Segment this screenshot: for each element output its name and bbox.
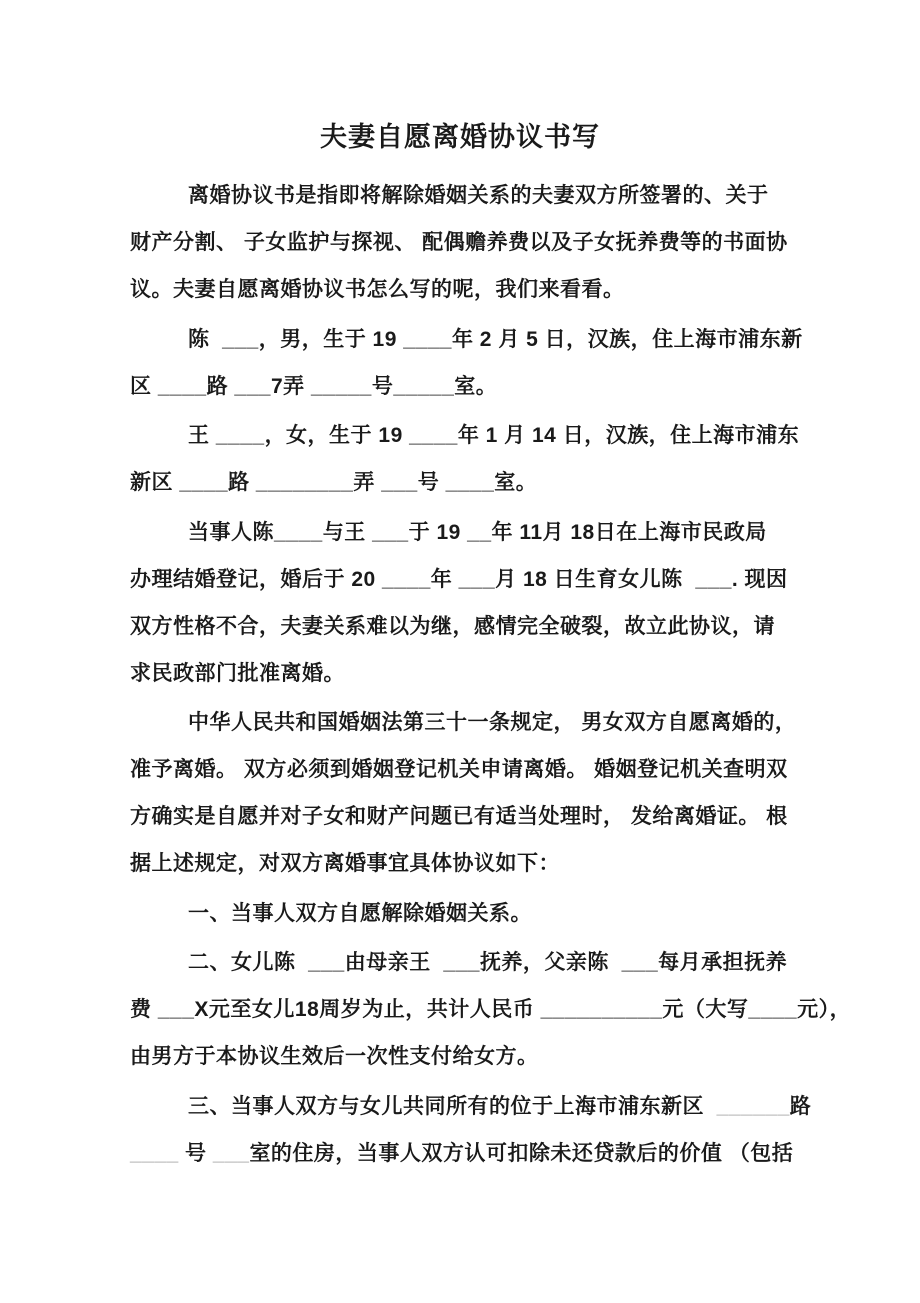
blank-field: ___ [158, 998, 195, 1021]
blank-field: ___ [213, 1142, 250, 1165]
text-run: 路 [790, 1095, 812, 1118]
text-run: 区 [130, 375, 158, 398]
text-run: 三、当事人双方与女儿共同所有的位于上海市浦东新区 [188, 1095, 717, 1118]
document-line: 新区 ____路 ________弄 ___号 ____室。 [130, 459, 790, 506]
document-line: 一、当事人双方自愿解除婚姻关系。 [130, 890, 790, 937]
blank-field: ____ [409, 424, 458, 447]
blank-field: ____ [382, 568, 431, 591]
document-line: 区 ____路 ___7弄 _____号_____室。 [130, 363, 790, 410]
document-line: 二、女儿陈 ___由母亲王 ___抚养，父亲陈 ___每月承担抚养 [130, 939, 790, 986]
blank-field: ____ [158, 375, 207, 398]
text-run: 弄 [353, 471, 381, 494]
paragraph: 中华人民共和国婚姻法第三十一条规定， 男女双方自愿离婚的，准予离婚。 双方必须到… [130, 699, 790, 887]
document-line: 王 ____，女，生于 19 ____年 1 月 14 日，汉族，住上海市浦东 [130, 412, 790, 459]
text-run: 王 [188, 424, 216, 447]
blank-field: ____ [446, 471, 495, 494]
blank-field: ____ [216, 424, 265, 447]
document-line: ____ 号 ___室的住房，当事人双方认可扣除未还贷款后的价值 （包括 [130, 1130, 790, 1177]
document-line: 方确实是自愿并对子女和财产问题已有适当处理时， 发给离婚证。 根 [130, 793, 790, 840]
text-run: 由男方于本协议生效后一次性支付给女方。 [130, 1045, 539, 1068]
document-line: 当事人陈____与王 ___于 19 __年 11月 18日在上海市民政局 [130, 509, 790, 556]
text-run: 抚养，父亲陈 [480, 951, 622, 974]
text-run: 年 11月 18日在上海市民政局 [492, 521, 767, 544]
blank-field: ______ [717, 1095, 790, 1118]
document-line: 双方性格不合，夫妻关系难以为继，感情完全破裂，故立此协议，请 [130, 603, 790, 650]
text-run: 二、女儿陈 [188, 951, 308, 974]
document-line: 费 ___X元至女儿18周岁为止，共计人民币 __________元（大写___… [130, 986, 790, 1033]
text-run: 元（大写 [662, 998, 748, 1021]
text-run: 费 [130, 998, 158, 1021]
text-run: 路 [228, 471, 256, 494]
blank-field: ___ [372, 521, 409, 544]
blank-field: ___ [234, 375, 271, 398]
document-line: 求民政部门批准离婚。 [130, 650, 790, 697]
document-line: 由男方于本协议生效后一次性支付给女方。 [130, 1033, 790, 1080]
text-run: 年 2 月 5 日，汉族，住上海市浦东新 [452, 328, 803, 351]
text-run: ，男，生于 19 [259, 328, 404, 351]
document-line: 据上述规定，对双方离婚事宜具体协议如下： [130, 840, 790, 887]
text-run: 议。夫妻自愿离婚协议书怎么写的呢，我们来看看。 [130, 278, 625, 301]
text-run: . 现因 [732, 568, 788, 591]
document-line: 陈 ___，男，生于 19 ____年 2 月 5 日，汉族，住上海市浦东新 [130, 316, 790, 363]
document-line: 中华人民共和国婚姻法第三十一条规定， 男女双方自愿离婚的， [130, 699, 790, 746]
text-run: 办理结婚登记，婚后于 20 [130, 568, 382, 591]
document-line: 办理结婚登记，婚后于 20 ____年 ___月 18 日生育女儿陈 ___. … [130, 556, 790, 603]
document-line: 议。夫妻自愿离婚协议书怎么写的呢，我们来看看。 [130, 266, 790, 313]
text-run: 元）， [797, 998, 851, 1021]
paragraph: 三、当事人双方与女儿共同所有的位于上海市浦东新区 ______路____ 号 _… [130, 1083, 790, 1177]
blank-field: ___ [222, 328, 259, 351]
text-run: 求民政部门批准离婚。 [130, 662, 345, 685]
blank-field: _____ [311, 375, 372, 398]
text-run: 号 [372, 375, 394, 398]
blank-field: ___ [459, 568, 496, 591]
text-run: 新区 [130, 471, 179, 494]
text-run: 室的住房，当事人双方认可扣除未还贷款后的价值 （包括 [249, 1142, 793, 1165]
text-run: 号 [179, 1142, 213, 1165]
blank-field: ___ [308, 951, 345, 974]
text-run: 室。 [454, 375, 497, 398]
text-run: 当事人陈 [188, 521, 274, 544]
text-run: 号 [418, 471, 446, 494]
blank-field: ____ [403, 328, 452, 351]
text-run: 室。 [494, 471, 537, 494]
paragraph: 离婚协议书是指即将解除婚姻关系的夫妻双方所签署的、关于财产分割、 子女监护与探视… [130, 172, 790, 313]
text-run: X元至女儿18周岁为止，共计人民币 [194, 998, 540, 1021]
blank-field: ________ [256, 471, 353, 494]
blank-field: __________ [541, 998, 663, 1021]
text-run: 于 19 [409, 521, 468, 544]
blank-field: ___ [622, 951, 659, 974]
text-run: 月 18 日生育女儿陈 [495, 568, 695, 591]
text-run: 路 [207, 375, 235, 398]
blank-field: ___ [695, 568, 732, 591]
text-run: 准予离婚。 双方必须到婚姻登记机关申请离婚。 婚姻登记机关查明双 [130, 758, 788, 781]
document-page: 夫妻自愿离婚协议书写 离婚协议书是指即将解除婚姻关系的夫妻双方所签署的、关于财产… [0, 0, 920, 1303]
blank-field: ____ [274, 521, 323, 544]
text-run: 中华人民共和国婚姻法第三十一条规定， 男女双方自愿离婚的， [188, 711, 796, 734]
paragraph: 陈 ___，男，生于 19 ____年 2 月 5 日，汉族，住上海市浦东新区 … [130, 316, 790, 410]
blank-field: _____ [393, 375, 454, 398]
document-line: 准予离婚。 双方必须到婚姻登记机关申请离婚。 婚姻登记机关查明双 [130, 746, 790, 793]
blank-field: __ [467, 521, 491, 544]
document-title: 夫妻自愿离婚协议书写 [130, 0, 790, 156]
paragraph: 当事人陈____与王 ___于 19 __年 11月 18日在上海市民政局办理结… [130, 509, 790, 697]
text-run: 年 1 月 14 日，汉族，住上海市浦东 [458, 424, 799, 447]
paragraph: 王 ____，女，生于 19 ____年 1 月 14 日，汉族，住上海市浦东新… [130, 412, 790, 506]
text-run: 与王 [323, 521, 372, 544]
document-line: 离婚协议书是指即将解除婚姻关系的夫妻双方所签署的、关于 [130, 172, 790, 219]
text-run: 方确实是自愿并对子女和财产问题已有适当处理时， 发给离婚证。 根 [130, 805, 788, 828]
blank-field: ____ [130, 1142, 179, 1165]
blank-field: ___ [381, 471, 418, 494]
document-line: 财产分割、 子女监护与探视、 配偶赡养费以及子女抚养费等的书面协 [130, 219, 790, 266]
paragraph: 一、当事人双方自愿解除婚姻关系。 [130, 890, 790, 937]
text-run: ，女，生于 19 [265, 424, 410, 447]
text-run: 一、当事人双方自愿解除婚姻关系。 [188, 902, 532, 925]
text-run: 年 [431, 568, 459, 591]
text-run: 7弄 [271, 375, 311, 398]
text-run: 陈 [188, 328, 222, 351]
text-run: 离婚协议书是指即将解除婚姻关系的夫妻双方所签署的、关于 [188, 184, 769, 207]
paragraph: 二、女儿陈 ___由母亲王 ___抚养，父亲陈 ___每月承担抚养费 ___X元… [130, 939, 790, 1080]
document-body: 离婚协议书是指即将解除婚姻关系的夫妻双方所签署的、关于财产分割、 子女监护与探视… [130, 172, 790, 1177]
text-run: 双方性格不合，夫妻关系难以为继，感情完全破裂，故立此协议，请 [130, 615, 775, 638]
text-run: 由母亲王 [345, 951, 444, 974]
text-run: 每月承担抚养 [658, 951, 787, 974]
blank-field: ____ [179, 471, 228, 494]
blank-field: ____ [748, 998, 797, 1021]
text-run: 据上述规定，对双方离婚事宜具体协议如下： [130, 852, 560, 875]
text-run: 财产分割、 子女监护与探视、 配偶赡养费以及子女抚养费等的书面协 [130, 231, 788, 254]
document-line: 三、当事人双方与女儿共同所有的位于上海市浦东新区 ______路 [130, 1083, 790, 1130]
blank-field: ___ [443, 951, 480, 974]
